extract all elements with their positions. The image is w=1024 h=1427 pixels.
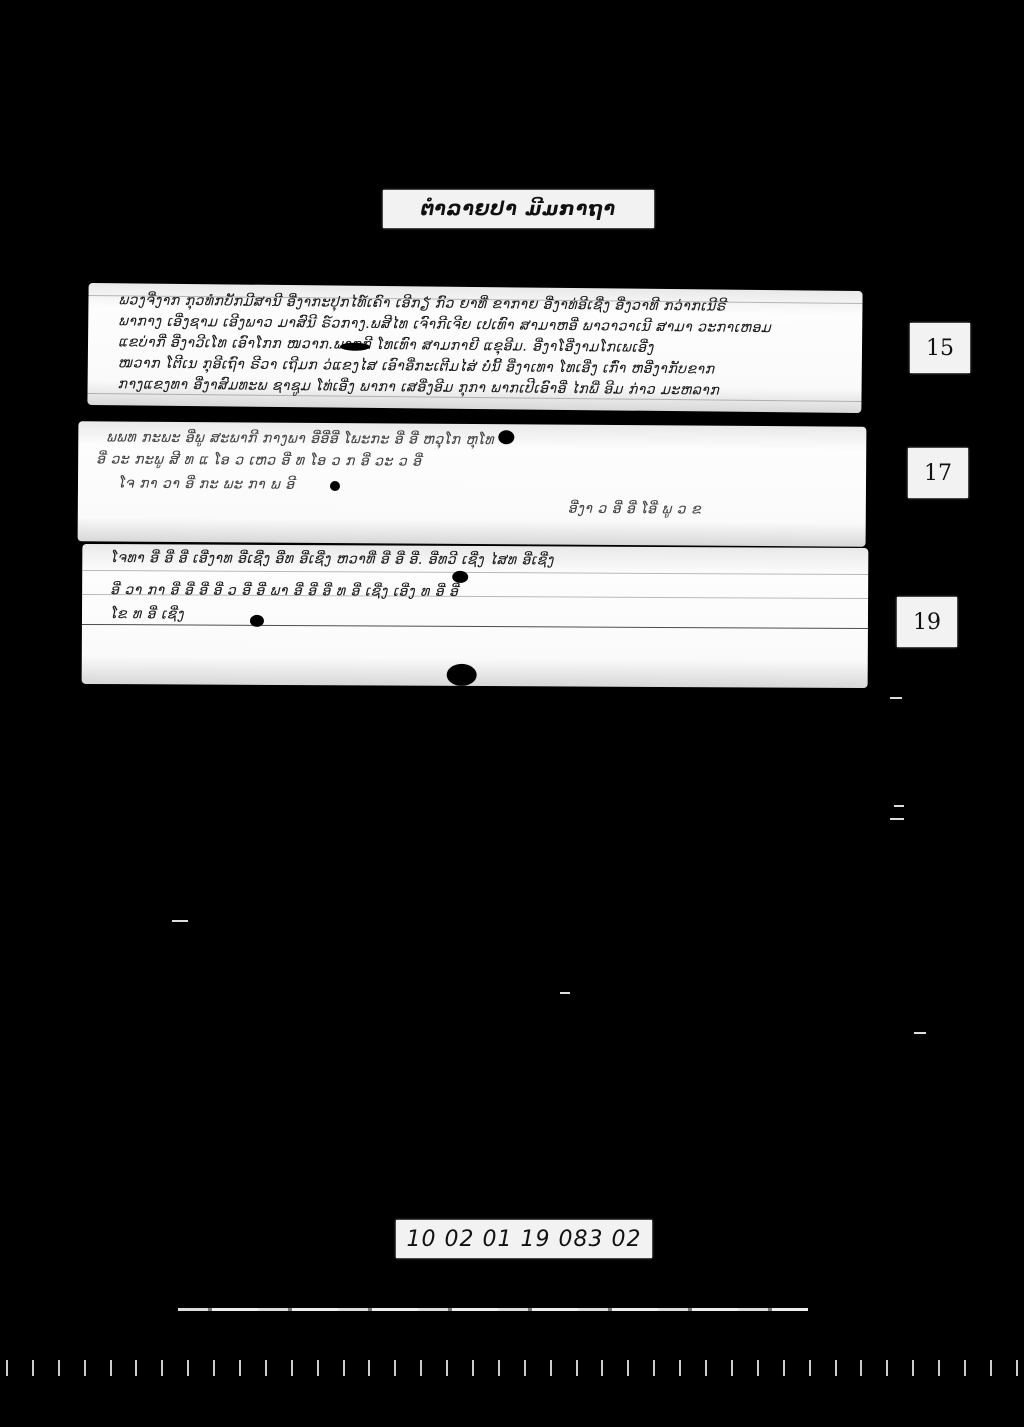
scan-speck	[894, 805, 904, 807]
leaf-text-line: ພາກາງ ເອີ່ງຊາມ ເອີງພາວ ມາສົນີ ຣ໌ວກາງ.ພສີ…	[118, 313, 862, 337]
binding-hole	[452, 571, 468, 583]
leaf-number-label: 19	[897, 597, 957, 647]
leaf-number: 15	[926, 336, 954, 361]
reel-code-label: 10 02 01 19 083 02	[396, 1220, 652, 1258]
binding-hole	[447, 664, 477, 686]
film-edge-line	[178, 1308, 808, 1311]
film-perforation-marks	[0, 1360, 1024, 1382]
palm-leaf-17: ພພທ ກະພະ ອີ່ພູ ສະພາກີ ກາງພາ ອີ່ອີ່ອີ່ ໂພ…	[78, 421, 867, 546]
leaf-text-line: ໂຈທາ ອີ່ ອີ່ ອີ່ ເອີ່ງາທ ອີ່ເຊີ່ງ ອີ່ທ ອ…	[110, 550, 868, 570]
leaf-text-line: ໂຂ ທ ອີ່ ເຊີ່ງ	[110, 606, 868, 626]
leaf-text-line: ພພທ ກະພະ ອີ່ພູ ສະພາກີ ກາງພາ ອີ່ອີ່ອີ່ ໂພ…	[106, 429, 866, 450]
leaf-text-line: ອີ່ ວາ ກາ ອີ່ ອີ່ ອີ່ ອີ່ ວ ອີ່ ອີ່ ພາ ອ…	[110, 582, 868, 602]
leaf-text-line: ອີ່ ວະ ກະພູ ສີ ທ ແ ໂອ ວ ເຫວ ອີ່ ທ ໂອ ວ ກ…	[96, 451, 866, 472]
leaf-number: 17	[924, 461, 952, 486]
leaf-text-line: ໂຈ ກາ ວາ ອີ່ ກະ ພະ ກາ ພ ອີ	[118, 476, 866, 497]
palm-leaf-15: ພວງຈີ່ງາກ ກຸວທໍກບັກມີສານີ ອີ່ງາກະປຸກໄທ໌ເ…	[87, 283, 862, 413]
leaf-number: 19	[913, 610, 941, 635]
palm-leaf-19: ໂຈທາ ອີ່ ອີ່ ອີ່ ເອີ່ງາທ ອີ່ເຊີ່ງ ອີ່ທ ອ…	[82, 544, 869, 688]
manuscript-title-label: ຕຳລາຍປາ ມີມກາຖາ	[383, 190, 654, 228]
scan-speck	[890, 818, 904, 820]
leaf-text-line: ພວງຈີ່ງາກ ກຸວທໍກບັກມີສານີ ອີ່ງາກະປຸກໄທ໌ເ…	[118, 292, 862, 316]
binding-hole	[250, 615, 264, 627]
leaf-number-label: 15	[910, 323, 970, 373]
scan-speck	[172, 920, 188, 922]
binding-hole	[498, 430, 514, 444]
leaf-text-line: ແຂບ່າກີ່ ອີ່ງາວີເໂທ ເອົາໂກກ ໜວາກ.ພາກກີ ໂ…	[118, 334, 862, 358]
leaf-rule	[82, 570, 868, 575]
manuscript-title: ຕຳລາຍປາ ມີມກາຖາ	[421, 198, 616, 220]
scan-speck	[890, 697, 902, 699]
leaf-text-line: ອີ່ງາ ວ ອີ່ ອີ່ ໂອີ່ ພູ ວ ຂ	[568, 501, 866, 519]
scan-speck	[560, 992, 570, 994]
binding-hole	[330, 481, 340, 491]
leaf-text-line: ໜວາກ ໂຕີເນ ກຸອີເຖົາ ຣີວາ ເຖີມກ ວ່ແຂງໄສ ເ…	[118, 355, 862, 379]
reel-code: 10 02 01 19 083 02	[407, 1227, 642, 1252]
binding-hole	[340, 343, 370, 351]
scan-speck	[914, 1032, 926, 1034]
leaf-number-label: 17	[908, 448, 968, 498]
